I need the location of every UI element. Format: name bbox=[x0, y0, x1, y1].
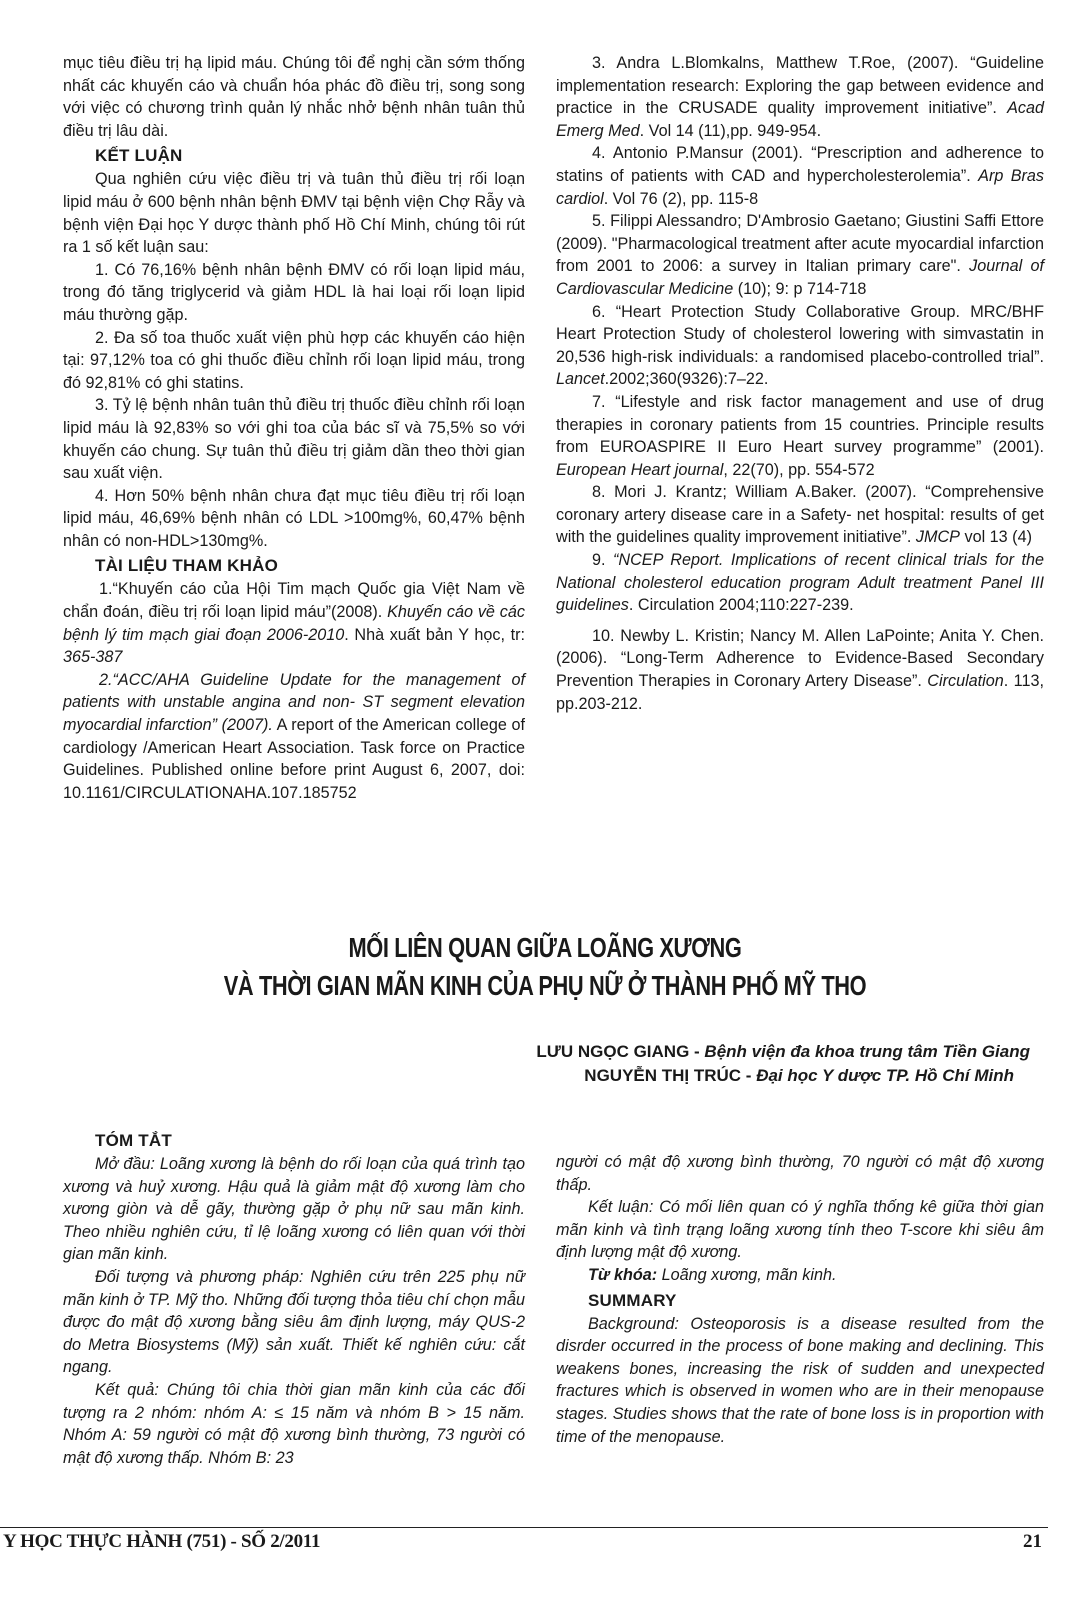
summary-text: Background: Osteoporosis is a disease re… bbox=[556, 1313, 1044, 1449]
reference-item: 10. Newby L. Kristin; Nancy M. Allen LaP… bbox=[556, 625, 1044, 715]
conclusion-item: 4. Hơn 50% bệnh nhân chưa đạt mục tiêu đ… bbox=[63, 485, 525, 553]
keywords-line: Từ khóa: Loãng xương, mãn kinh. bbox=[556, 1264, 1044, 1287]
abstract-conclusion: Kết luận: Có mối liên quan có ý nghĩa th… bbox=[556, 1196, 1044, 1264]
author-affiliation: Đại học Y dược TP. Hồ Chí Minh bbox=[756, 1066, 1014, 1085]
abstract-background: Mở đầu: Loãng xương là bệnh do rối loạn … bbox=[63, 1153, 525, 1266]
reference-item: 8. Mori J. Krantz; William A.Baker. (200… bbox=[556, 481, 1044, 549]
reference-item: 1.“Khuyến cáo của Hội Tim mạch Quốc gia … bbox=[63, 578, 525, 668]
conclusion-intro: Qua nghiên cứu việc điều trị và tuân thủ… bbox=[63, 168, 525, 258]
abstract-right-column: người có mật độ xương bình thường, 70 ng… bbox=[556, 1127, 1044, 1448]
footer-divider bbox=[0, 1527, 1048, 1528]
references-heading: TÀI LIỆU THAM KHẢO bbox=[63, 554, 525, 578]
article-title-line-1: MỐI LIÊN QUAN GIỮA LOÃNG XƯƠNG bbox=[120, 929, 970, 967]
article-title: MỐI LIÊN QUAN GIỮA LOÃNG XƯƠNG VÀ THỜI G… bbox=[120, 929, 970, 1005]
conclusion-heading: KẾT LUẬN bbox=[63, 144, 525, 168]
abstract-methods: Đối tượng và phương pháp: Nghiên cứu trê… bbox=[63, 1266, 525, 1379]
abstract-left-column: TÓM TẮT Mở đầu: Loãng xương là bệnh do r… bbox=[63, 1127, 525, 1469]
reference-item: 9. “NCEP Report. Implications of recent … bbox=[556, 549, 1044, 617]
author-name: NGUYỄN THỊ TRÚC - bbox=[584, 1066, 756, 1085]
journal-footer: Y HỌC THỰC HÀNH (751) - SỐ 2/2011 bbox=[3, 1531, 320, 1553]
conclusion-item: 1. Có 76,16% bệnh nhân bệnh ĐMV có rối l… bbox=[63, 259, 525, 327]
keywords-text: Loãng xương, mãn kinh. bbox=[657, 1266, 836, 1284]
abstract-results: Kết quả: Chúng tôi chia thời gian mãn ki… bbox=[63, 1379, 525, 1469]
reference-item: 6. “Heart Protection Study Collaborative… bbox=[556, 301, 1044, 391]
top-right-column: 3. Andra L.Blomkalns, Matthew T.Roe, (20… bbox=[556, 52, 1044, 715]
reference-item: 3. Andra L.Blomkalns, Matthew T.Roe, (20… bbox=[556, 52, 1044, 142]
page-number: 21 bbox=[1023, 1531, 1042, 1553]
author-line: LƯU NGỌC GIANG - Bệnh viện đa khoa trung… bbox=[390, 1040, 1030, 1064]
conclusion-item: 2. Đa số toa thuốc xuất viện phù hợp các… bbox=[63, 327, 525, 395]
reference-item: 7. “Lifestyle and risk factor management… bbox=[556, 391, 1044, 481]
authors-block: LƯU NGỌC GIANG - Bệnh viện đa khoa trung… bbox=[390, 1040, 1030, 1088]
reference-item: 2.“ACC/AHA Guideline Update for the mana… bbox=[63, 669, 525, 805]
author-affiliation: Bệnh viện đa khoa trung tâm Tiền Giang bbox=[704, 1042, 1030, 1061]
author-line: NGUYỄN THỊ TRÚC - Đại học Y dược TP. Hồ … bbox=[390, 1064, 1030, 1088]
abstract-heading: TÓM TẮT bbox=[63, 1129, 525, 1153]
keywords-label: Từ khóa: bbox=[588, 1266, 657, 1284]
reference-item: 4. Antonio P.Mansur (2001). “Prescriptio… bbox=[556, 142, 1044, 210]
summary-heading: SUMMARY bbox=[556, 1289, 1044, 1313]
top-left-column: mục tiêu điều trị hạ lipid máu. Chúng tô… bbox=[63, 52, 525, 804]
continuation-paragraph: mục tiêu điều trị hạ lipid máu. Chúng tô… bbox=[63, 52, 525, 142]
author-name: LƯU NGỌC GIANG - bbox=[536, 1042, 704, 1061]
article-title-line-2: VÀ THỜI GIAN MÃN KINH CỦA PHỤ NỮ Ở THÀNH… bbox=[120, 967, 970, 1005]
reference-item: 5. Filippi Alessandro; D'Ambrosio Gaetan… bbox=[556, 210, 1044, 300]
conclusion-item: 3. Tỷ lệ bệnh nhân tuân thủ điều trị thu… bbox=[63, 394, 525, 484]
abstract-results-continued: người có mật độ xương bình thường, 70 ng… bbox=[556, 1151, 1044, 1196]
